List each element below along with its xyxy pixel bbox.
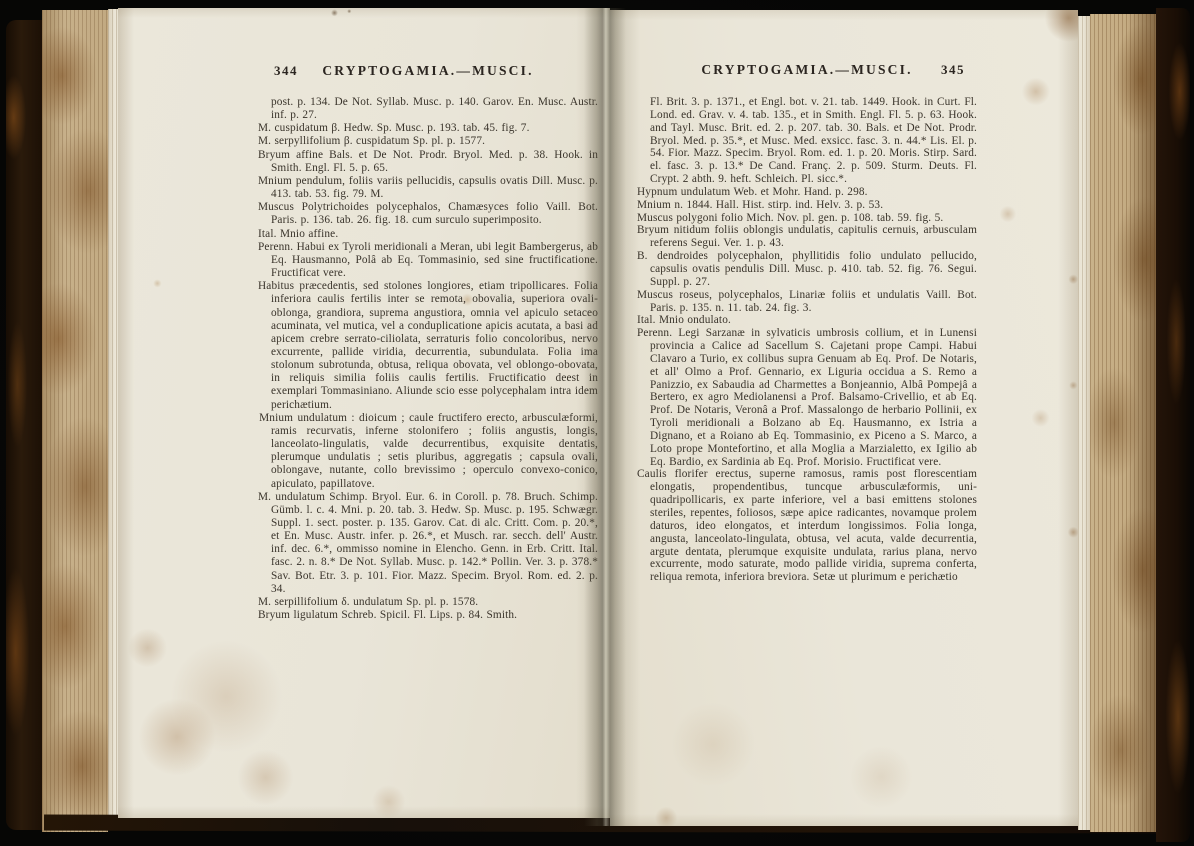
page-number-345: 345: [941, 64, 965, 77]
paragraph: M. serpillifolium δ. undulatum Sp. pl. p…: [258, 596, 598, 609]
book-gutter-shadow: [584, 8, 626, 826]
page-number-344: 344: [274, 64, 298, 77]
paragraph: Hypnum undulatum Web. et Mohr. Hand. p. …: [637, 186, 977, 199]
paragraph: Bryum affine Bals. et De Not. Prodr. Bry…: [258, 149, 598, 175]
paragraph: Muscus Polytrichoides polycephalos, Cham…: [258, 201, 598, 227]
page-345: CRYPTOGAMIA.—MUSCI. 345 Fl. Brit. 3. p. …: [610, 10, 1078, 826]
book-cover-left-edge: [6, 20, 44, 830]
page-345-body: Fl. Brit. 3. p. 1371., et Engl. bot. v. …: [637, 96, 977, 584]
paragraph: Mnium pendulum, foliis variis pellucidis…: [258, 175, 598, 201]
page-345-header: CRYPTOGAMIA.—MUSCI. 345: [637, 64, 977, 81]
leaf-edges-right: [1078, 16, 1090, 830]
paragraph: Perenn. Habui ex Tyroli meridionali a Me…: [258, 241, 598, 280]
paragraph: B. dendroides polycephalon, phyllitidis …: [637, 250, 977, 289]
paragraph: Bryum ligulatum Schreb. Spicil. Fl. Lips…: [258, 609, 598, 622]
page-344: 344 CRYPTOGAMIA.—MUSCI. post. p. 134. De…: [118, 8, 610, 818]
paragraph: M. serpyllifolium β. cuspidatum Sp. pl. …: [258, 135, 598, 148]
book-cover-right-edge: [1156, 8, 1190, 842]
paragraph: Fl. Brit. 3. p. 1371., et Engl. bot. v. …: [637, 96, 977, 186]
paragraph: Ital. Mnio affine.: [258, 228, 598, 241]
paragraph: Muscus polygoni folio Mich. Nov. pl. gen…: [637, 212, 977, 225]
page-344-body: post. p. 134. De Not. Syllab. Musc. p. 1…: [258, 96, 598, 622]
paragraph: post. p. 134. De Not. Syllab. Musc. p. 1…: [258, 96, 598, 122]
page-344-text-column: 344 CRYPTOGAMIA.—MUSCI. post. p. 134. De…: [258, 64, 598, 812]
paragraph: Mnium n. 1844. Hall. Hist. stirp. ind. H…: [637, 199, 977, 212]
paragraph: Habitus præcedentis, sed stolones longio…: [258, 280, 598, 412]
scanned-book-photo: 344 CRYPTOGAMIA.—MUSCI. post. p. 134. De…: [0, 0, 1194, 846]
paragraph: Caulis florifer erectus, superne ramosus…: [637, 468, 977, 584]
fore-edge-left: [42, 10, 108, 832]
paragraph: 3. Mnium undulatum : dioicum ; caule fru…: [258, 412, 598, 491]
paragraph: M. undulatum Schimp. Bryol. Eur. 6. in C…: [258, 491, 598, 596]
paragraph: Ital. Mnio ondulato.: [637, 314, 977, 327]
paragraph: Muscus roseus, polycephalos, Linariæ fol…: [637, 289, 977, 315]
fore-edge-right: [1090, 14, 1158, 832]
running-title-left: CRYPTOGAMIA.—MUSCI.: [258, 64, 598, 77]
paragraph: M. cuspidatum β. Hedw. Sp. Musc. p. 193.…: [258, 122, 598, 135]
running-title-right: CRYPTOGAMIA.—MUSCI.: [637, 64, 977, 77]
paragraph: Perenn. Legi Sarzanæ in sylvaticis umbro…: [637, 327, 977, 468]
page-345-text-column: CRYPTOGAMIA.—MUSCI. 345 Fl. Brit. 3. p. …: [637, 64, 977, 820]
paragraph: Bryum nitidum foliis oblongis undulatis,…: [637, 224, 977, 250]
page-344-header: 344 CRYPTOGAMIA.—MUSCI.: [258, 64, 598, 81]
